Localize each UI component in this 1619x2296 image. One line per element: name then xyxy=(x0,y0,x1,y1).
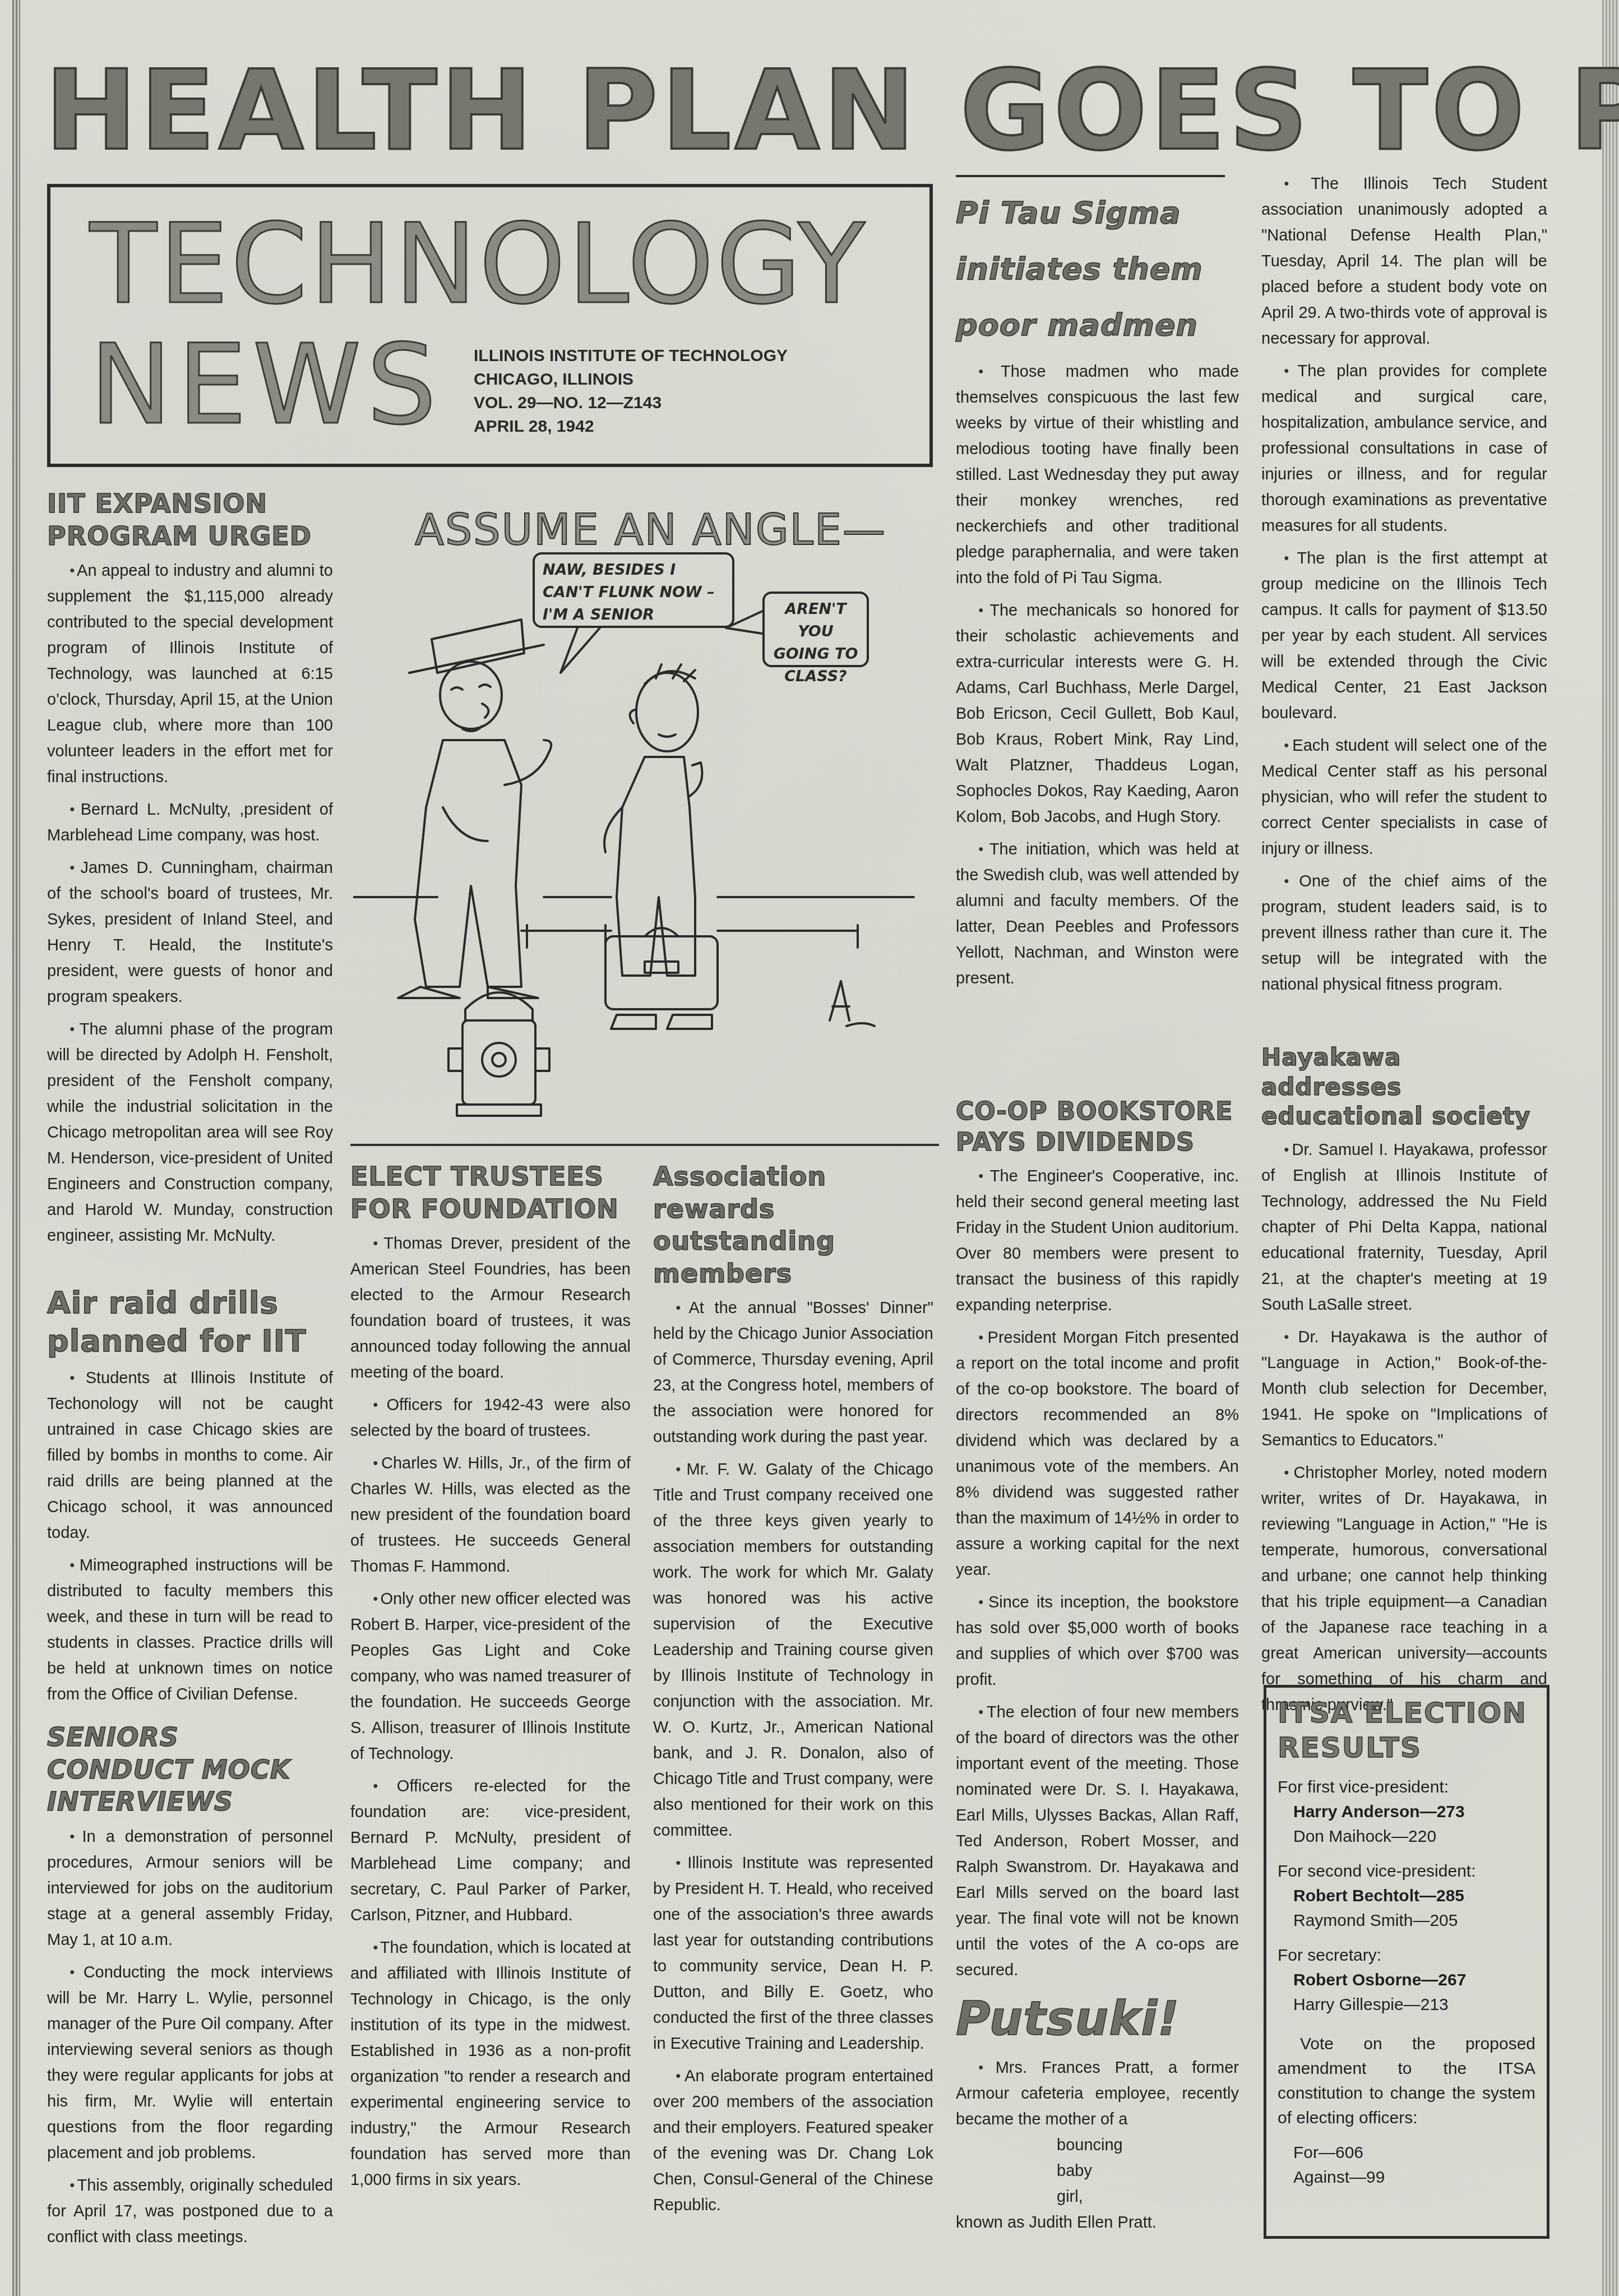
stack-word: girl, xyxy=(956,2184,1239,2210)
speech-bubble-right: AREN'T YOU GOING TO CLASS? xyxy=(762,592,869,667)
paragraph: The Engineer's Cooperative, inc. held th… xyxy=(956,1163,1239,1318)
headline-association: Association rewards outstanding members xyxy=(653,1161,933,1290)
paragraph: Illinois Institute was represented by Pr… xyxy=(653,1850,933,2057)
candidate-votes: 213 xyxy=(1421,1995,1449,2014)
paragraph: Dr. Hayakawa is the author of "Language … xyxy=(1261,1324,1547,1453)
headline-line: Pi Tau Sigma xyxy=(956,185,1239,241)
office-label: For secretary: xyxy=(1278,1943,1535,1968)
candidate-row: Robert Bechtolt—285 xyxy=(1278,1884,1535,1909)
headline-hayakawa: Hayakawa addresses educational society xyxy=(1261,1043,1547,1131)
amendment-votes: 606 xyxy=(1335,2143,1363,2162)
section-divider xyxy=(350,1144,939,1146)
paragraph: The alumni phase of the program will be … xyxy=(47,1017,333,1249)
paragraph: Those madmen who made themselves conspic… xyxy=(956,359,1239,591)
candidate-votes: 205 xyxy=(1430,1911,1458,1930)
paragraph: Conducting the mock interviews will be M… xyxy=(47,1960,333,2166)
paragraph: The plan is the first attempt at group m… xyxy=(1261,546,1547,726)
masthead-info: ILLINOIS INSTITUTE OF TECHNOLOGY CHICAGO… xyxy=(474,344,788,438)
candidate-name: Harry Gillespie xyxy=(1293,1995,1404,2014)
paragraph: In a demonstration of personnel procedur… xyxy=(47,1824,333,1953)
headline-itsa-election: ITSA ELECTION RESULTS xyxy=(1278,1696,1535,1765)
candidate-row: Raymond Smith—205 xyxy=(1278,1909,1535,1933)
candidate-name: Harry Anderson xyxy=(1293,1803,1420,1821)
paragraph: At the annual "Bosses' Dinner" held by t… xyxy=(653,1295,933,1450)
paragraph: An elaborate program entertained over 20… xyxy=(653,2063,933,2218)
candidate-votes: 220 xyxy=(1408,1827,1436,1846)
candidate-name: Raymond Smith xyxy=(1293,1911,1413,1930)
masthead-institution: ILLINOIS INSTITUTE OF TECHNOLOGY xyxy=(474,344,788,368)
paragraph: Officers for 1942-43 were also selected … xyxy=(350,1392,631,1444)
candidate-row: Don Maihock—220 xyxy=(1278,1824,1535,1849)
amendment-label: For xyxy=(1293,2143,1319,2162)
office-second-vp: For second vice-president: Robert Bechto… xyxy=(1278,1859,1535,1933)
paragraph: President Morgan Fitch presented a repor… xyxy=(956,1325,1239,1583)
paragraph: Bernard L. McNulty, ,president of Marble… xyxy=(47,797,333,848)
office-first-vp: For first vice-president: Harry Anderson… xyxy=(1278,1775,1535,1849)
office-label: For first vice-president: xyxy=(1278,1775,1535,1800)
amendment-results: For—606 Against—99 xyxy=(1278,2141,1535,2190)
amendment-note: Vote on the proposed amendment to the IT… xyxy=(1278,2032,1535,2131)
section-divider xyxy=(956,175,1225,177)
masthead: TECHNOLOGY NEWS ILLINOIS INSTITUTE OF TE… xyxy=(47,184,933,467)
article-mock-interviews: SENIORS CONDUCT MOCK INTERVIEWS In a dem… xyxy=(47,1721,333,2257)
headline-putsuki: Putsuki! xyxy=(956,1988,1239,2049)
article-association: Association rewards outstanding members … xyxy=(653,1161,933,2225)
paragraph: This assembly, originally scheduled for … xyxy=(47,2173,333,2250)
masthead-title-line1: TECHNOLOGY xyxy=(90,210,867,320)
cartoon-title: ASSUME AN ANGLE— xyxy=(415,505,886,555)
office-label: For second vice-president: xyxy=(1278,1859,1535,1884)
paragraph: The mechanicals so honored for their sch… xyxy=(956,598,1239,830)
paragraph: Mrs. Frances Pratt, a former Armour cafe… xyxy=(956,2055,1239,2132)
banner-headline: HEALTH PLAN GOES TO POLLS xyxy=(45,56,1547,166)
itsa-election-results-box: ITSA ELECTION RESULTS For first vice-pre… xyxy=(1264,1685,1549,2239)
cartoon: ASSUME AN ANGLE— NAW, BESIDES I CAN'T FL… xyxy=(353,493,931,1133)
paragraph: The plan provides for complete medical a… xyxy=(1261,358,1547,539)
headline-line: initiates them xyxy=(956,241,1239,297)
headline-line: poor madmen xyxy=(956,297,1239,353)
paragraph: James D. Cunningham, chairman of the sch… xyxy=(47,855,333,1010)
paragraph: The Illinois Tech Student association un… xyxy=(1261,171,1547,352)
paragraph: An appeal to industry and alumni to supp… xyxy=(47,558,333,790)
amendment-label: Against xyxy=(1293,2168,1349,2187)
article-expansion: IIT EXPANSION PROGRAM URGED An appeal to… xyxy=(47,488,333,1255)
candidate-name: Robert Bechtolt xyxy=(1293,1887,1419,1905)
paragraph: Mimeographed instructions will be distri… xyxy=(47,1553,333,1707)
masthead-date: APRIL 28, 1942 xyxy=(474,415,788,438)
paragraph: Mr. F. W. Galaty of the Chicago Title an… xyxy=(653,1457,933,1844)
paragraph: Thomas Drever, president of the American… xyxy=(350,1231,631,1385)
candidate-row: Harry Anderson—273 xyxy=(1278,1800,1535,1824)
paragraph: The foundation, which is located at and … xyxy=(350,1935,631,2193)
stack-word: baby xyxy=(956,2158,1239,2184)
office-secretary: For secretary: Robert Osborne—267 Harry … xyxy=(1278,1943,1535,2017)
paragraph: Officers re-elected for the foundation a… xyxy=(350,1773,631,1928)
candidate-votes: 273 xyxy=(1437,1803,1465,1821)
masthead-title-line2: NEWS xyxy=(90,330,442,440)
headline-expansion: IIT EXPANSION PROGRAM URGED xyxy=(47,488,333,552)
article-bookstore: CO-OP BOOKSTORE PAYS DIVIDENDS The Engin… xyxy=(956,1096,1239,1990)
amendment-row: For—606 xyxy=(1278,2141,1535,2165)
paragraph: Only other new officer elected was Rober… xyxy=(350,1586,631,1767)
candidate-votes: 285 xyxy=(1436,1887,1464,1905)
amendment-row: Against—99 xyxy=(1278,2165,1535,2190)
paragraph: Since its inception, the bookstore has s… xyxy=(956,1590,1239,1693)
article-trustees: ELECT TRUSTEES FOR FOUNDATION Thomas Dre… xyxy=(350,1161,631,2200)
headline-air-raid: Air raid drills planned for IIT xyxy=(47,1284,333,1360)
headline-bookstore: CO-OP BOOKSTORE PAYS DIVIDENDS xyxy=(956,1096,1239,1158)
paragraph: One of the chief aims of the program, st… xyxy=(1261,868,1547,997)
stack-word: bouncing xyxy=(956,2132,1239,2158)
masthead-city: CHICAGO, ILLINOIS xyxy=(474,368,788,391)
paragraph: Dr. Samuel I. Hayakawa, professor of Eng… xyxy=(1261,1137,1547,1318)
article-pi-tau-sigma: Pi Tau Sigma initiates them poor madmen … xyxy=(956,185,1239,998)
candidate-name: Don Maihock xyxy=(1293,1827,1391,1846)
speech-bubble-left: NAW, BESIDES I CAN'T FLUNK NOW – I'M A S… xyxy=(533,552,734,628)
paragraph: The election of four new members of the … xyxy=(956,1699,1239,1983)
candidate-votes: 267 xyxy=(1438,1971,1466,1989)
paragraph: Students at Illinois Institute of Techon… xyxy=(47,1365,333,1546)
newspaper-page: HEALTH PLAN GOES TO POLLS TECHNOLOGY NEW… xyxy=(0,0,1619,2296)
candidate-row: Harry Gillespie—213 xyxy=(1278,1993,1535,2017)
amendment-votes: 99 xyxy=(1366,2168,1385,2187)
headline-trustees: ELECT TRUSTEES FOR FOUNDATION xyxy=(350,1161,631,1225)
paragraph: known as Judith Ellen Pratt. xyxy=(956,2210,1239,2235)
article-putsuki: Putsuki! Mrs. Frances Pratt, a former Ar… xyxy=(956,1988,1239,2242)
paragraph: The initiation, which was held at the Sw… xyxy=(956,837,1239,991)
binding-edge-right xyxy=(1602,0,1619,2296)
headline-mock-interviews: SENIORS CONDUCT MOCK INTERVIEWS xyxy=(47,1721,333,1818)
binding-edge-left xyxy=(12,0,20,2296)
paragraph: Each student will select one of the Medi… xyxy=(1261,733,1547,862)
paragraph: Christopher Morley, noted modern writer,… xyxy=(1261,1460,1547,1718)
candidate-row: Robert Osborne—267 xyxy=(1278,1968,1535,1993)
headline-pi-tau-sigma: Pi Tau Sigma initiates them poor madmen xyxy=(956,185,1239,353)
article-health-plan: The Illinois Tech Student association un… xyxy=(1261,171,1547,1004)
candidate-name: Robert Osborne xyxy=(1293,1971,1421,1989)
article-air-raid: Air raid drills planned for IIT Students… xyxy=(47,1284,333,1714)
article-hayakawa: Hayakawa addresses educational society D… xyxy=(1261,1043,1547,1725)
masthead-volume: VOL. 29—NO. 12—Z143 xyxy=(474,391,788,415)
paragraph: Charles W. Hills, Jr., of the firm of Ch… xyxy=(350,1450,631,1579)
